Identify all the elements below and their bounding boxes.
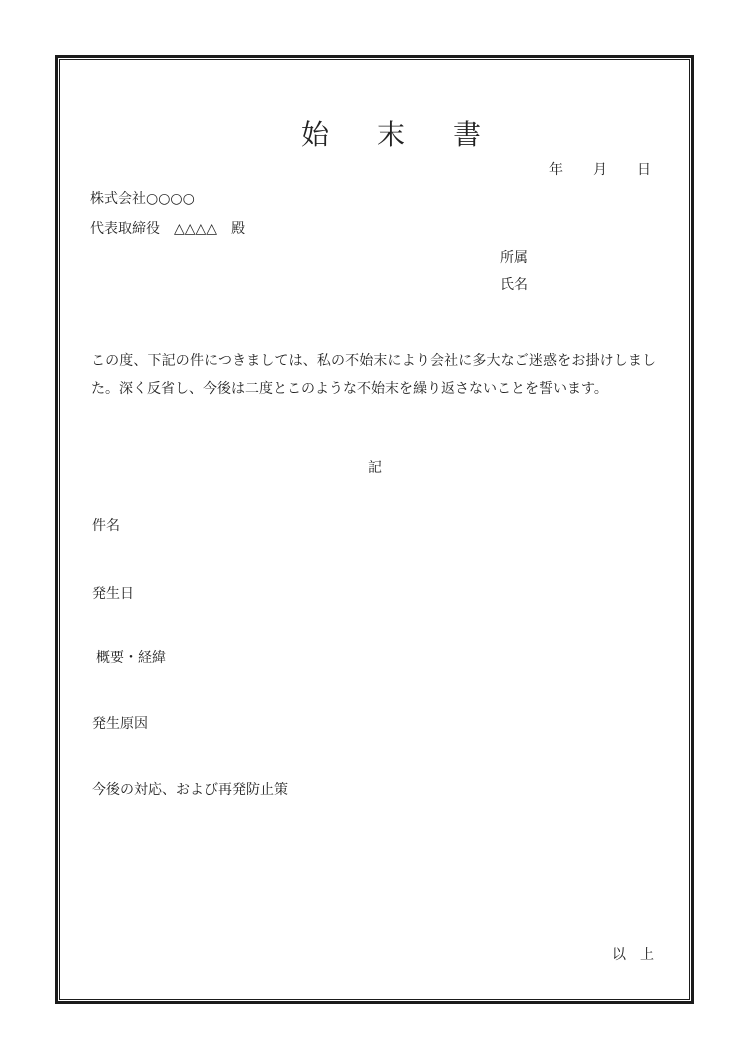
field-label-response-prevention: 今後の対応、および再発防止策 xyxy=(92,783,288,797)
recipient-company: 株式会社○○○○ xyxy=(90,192,195,206)
apology-body-paragraph: この度、下記の件につきましては、私の不始末により会社に多大なご迷惑をお掛けしまし… xyxy=(91,347,656,403)
document-title: 始 末 書 xyxy=(301,121,491,149)
document-page: 始 末 書 年 月 日 株式会社○○○○ 代表取締役 △△△△ 殿 所属 氏名 … xyxy=(0,0,750,1061)
date-line: 年 月 日 xyxy=(549,163,659,177)
recipient-addressee: 代表取締役 △△△△ 殿 xyxy=(90,222,245,236)
field-label-subject: 件名 xyxy=(92,519,120,533)
sender-name-label: 氏名 xyxy=(500,278,528,292)
sender-affiliation-label: 所属 xyxy=(500,251,528,265)
field-label-overview-background: 概要・経緯 xyxy=(96,651,166,665)
field-label-cause: 発生原因 xyxy=(92,717,148,731)
record-marker: 記 xyxy=(0,461,750,475)
closing-marker: 以 上 xyxy=(612,948,654,962)
field-label-occurrence-date: 発生日 xyxy=(92,587,134,601)
